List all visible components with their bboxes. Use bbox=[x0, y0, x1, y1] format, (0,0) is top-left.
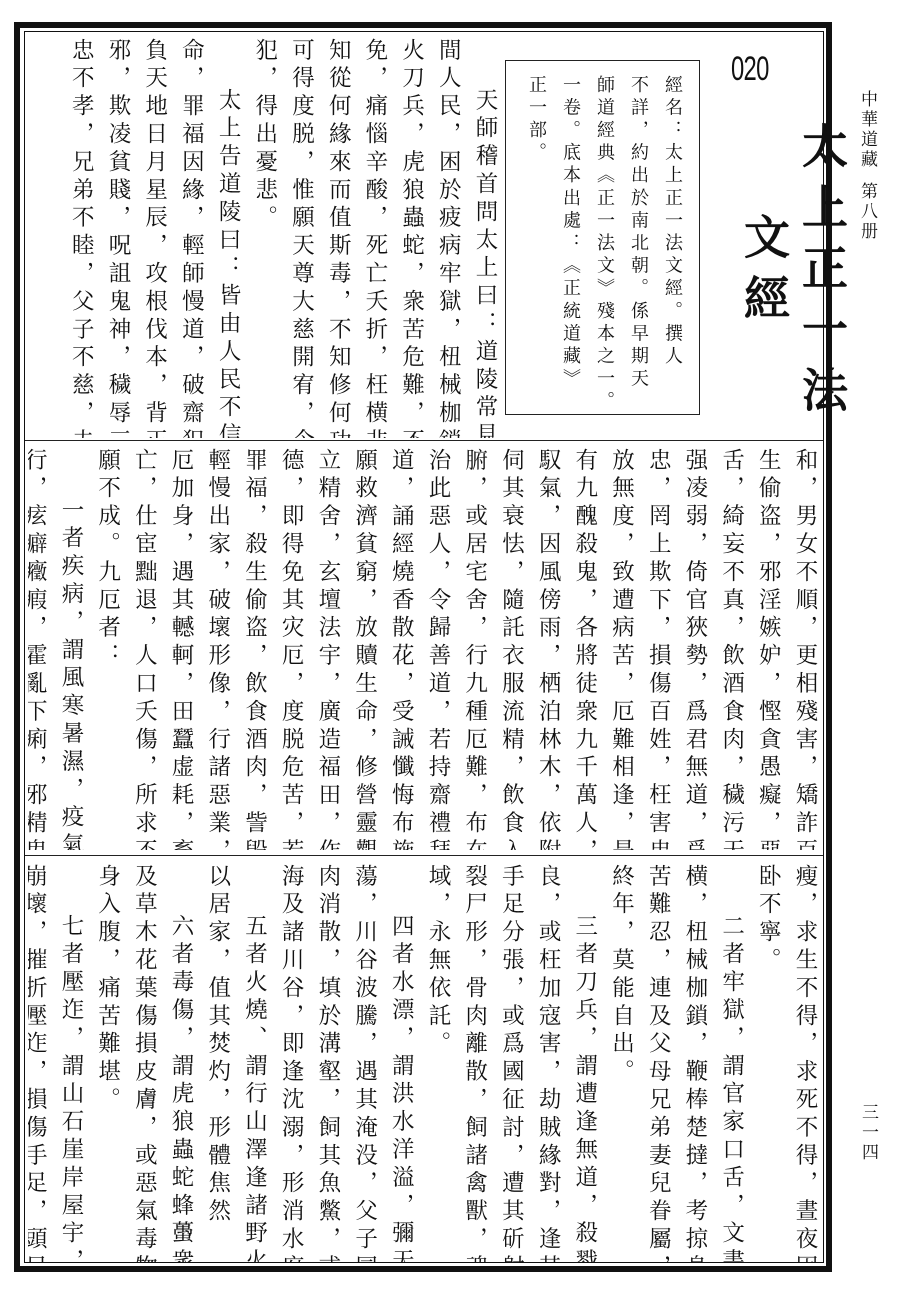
text-column: 願不成。九厄者： bbox=[89, 446, 126, 850]
text-column: 裂尸形，骨肉離散，飼諸禽獸，魂飛異 bbox=[456, 862, 493, 1262]
info-line: 經名：太上正一法文經。撰人 bbox=[655, 75, 689, 404]
text-column: 邪，欺凌貧賤，呪詛鬼神，穢辱三尊，不 bbox=[99, 36, 136, 438]
text-column: 免，痛惱辛酸，死亡夭折，枉横非一，不 bbox=[356, 36, 393, 438]
text-column: 可得度脱，惟願天尊大慈開宥，令知所 bbox=[283, 36, 320, 438]
text-column: 生偷盗，邪淫嫉妒，慳貪愚癡，惡口兩 bbox=[750, 446, 787, 850]
text-column: 間人民，困於疲病牢獄，杻械枷鎖，水 bbox=[430, 36, 467, 438]
text-column: 終年，莫能自出。 bbox=[603, 862, 640, 1262]
text-column: 五者火燒、謂行山澤逢諸野火，及 bbox=[236, 862, 273, 1262]
text-column: 一者疾病，謂風寒暑濕，疫氣瘟 bbox=[52, 446, 89, 850]
scripture-title: 太上正一法文經 bbox=[735, 110, 851, 438]
text-band-middle: 和，男女不順，更相殘害，矯詐百端，殺生偷盗，邪淫嫉妒，慳貪愚癡，惡口兩舌，綺妄不… bbox=[28, 446, 823, 850]
text-column: 行，痃癖癥瘕，霍亂下痢，邪精鬼疰，一 bbox=[28, 446, 52, 850]
text-column: 知從何緣來而值斯毒，不知修何功德 bbox=[319, 36, 356, 438]
text-column: 良，或枉加寇害，劫賊緣對，逢其斷割， bbox=[529, 862, 566, 1262]
text-column: 腑，或居宅舍，行九種厄難，布在世間， bbox=[456, 446, 493, 850]
text-column: 横，杻械枷鎖，鞭棒楚撻，考掠身形，痛 bbox=[676, 862, 713, 1262]
text-column: 手足分張，或爲國征討，遭其斫射，破 bbox=[493, 862, 530, 1262]
text-column: 蕩，川谷波騰，遇其淹没，父子同淪，骨 bbox=[346, 862, 383, 1262]
text-column: 輕慢出家，破壞形像，行諸惡業，則衆 bbox=[199, 446, 236, 850]
text-column: 肉消散，填於溝壑，飼其魚鱉，或行江 bbox=[309, 862, 346, 1262]
info-line: 不詳，約出於南北朝。係早期天 bbox=[621, 75, 655, 404]
text-column: 崩壞，摧折壓迮，損傷手足，頭目痛楚 bbox=[28, 862, 52, 1262]
text-column: 馭氣，因風傍雨，栖泊林木，依附人家， bbox=[529, 446, 566, 850]
bibliographic-info-box: 經名：太上正一法文經。撰人 不詳，約出於南北朝。係早期天 師道經典《正一法文》殘… bbox=[505, 60, 700, 415]
margin-header: 中華道藏第八册 bbox=[855, 90, 880, 242]
text-column: 六者毒傷，謂虎狼蟲蛇蜂蠆衆毒， bbox=[162, 862, 199, 1262]
text-column: 火刀兵，虎狼蟲蛇，衆苦危難，不能自 bbox=[393, 36, 430, 438]
text-column: 卧不寧。 bbox=[750, 862, 787, 1262]
info-line: 正一部。 bbox=[519, 75, 553, 404]
text-column: 苦難忍，連及父母兄弟妻兒眷屬，累歲 bbox=[639, 862, 676, 1262]
text-column: 瘦，求生不得，求死不得，晝夜困楚，坐 bbox=[786, 862, 823, 1262]
series-title: 中華道藏 bbox=[857, 90, 877, 170]
text-column: 亡，仕宦黜退，人口夭傷，所求不利，所 bbox=[126, 446, 163, 850]
text-column: 及草木花葉傷損皮膚，或惡氣毒物中 bbox=[126, 862, 163, 1262]
text-band-top: 天師稽首問太上曰：道陵常見世間人民，困於疲病牢獄，杻械枷鎖，水火刀兵，虎狼蟲蛇，… bbox=[28, 36, 503, 438]
text-column: 道，誦經燒香散花，受誡懺悔布施，發 bbox=[383, 446, 420, 850]
text-column: 負天地日月星辰，攻根伐本，背正入 bbox=[136, 36, 173, 438]
text-column: 以居家，值其焚灼，形體焦然 bbox=[199, 862, 236, 1262]
text-column: 犯，得出憂悲。 bbox=[246, 36, 283, 438]
text-column: 厄加身，遇其轗軻，田蠶虚耗，畜養死 bbox=[162, 446, 199, 850]
scripture-number: 020 bbox=[731, 50, 769, 89]
text-column: 立精舍，玄壇法宇，廣造福田，作諸功 bbox=[309, 446, 346, 850]
text-column: 忠，罔上欺下，損傷百姓，枉害忠良，縱 bbox=[639, 446, 676, 850]
volume-label: 第八册 bbox=[857, 182, 877, 242]
page-number: 三一四 bbox=[856, 1103, 881, 1163]
text-column: 二者牢獄，謂官家口舌，文書枉 bbox=[713, 862, 750, 1262]
text-column: 身入腹，痛苦難堪。 bbox=[89, 862, 126, 1262]
text-column: 舌，綺妄不真，飲酒食肉，穢污天真，恃 bbox=[713, 446, 750, 850]
text-column: 强凌弱，倚官狹勢，爲君無道，爲臣不 bbox=[676, 446, 713, 850]
text-column: 罪福，殺生偷盗，飲食酒肉，訾毁三寶， bbox=[236, 446, 273, 850]
band-divider-top bbox=[25, 440, 823, 441]
scripture-title-block: 020 太上正一法文經 bbox=[707, 36, 823, 438]
info-line: 師道經典《正一法文》殘本之一。 bbox=[587, 75, 621, 404]
text-column: 願救濟貧窮，放贖生命，修營靈觀，建 bbox=[346, 446, 383, 850]
text-column: 和，男女不順，更相殘害，矯詐百端，殺 bbox=[786, 446, 823, 850]
text-band-bottom: 瘦，求生不得，求死不得，晝夜困楚，坐卧不寧。二者牢獄，謂官家口舌，文書枉横，杻械… bbox=[28, 862, 823, 1262]
info-line: 一卷。底本出處：《正統道藏》 bbox=[553, 75, 587, 404]
text-column: 太上告道陵曰：皆由人民不信宿 bbox=[209, 36, 246, 438]
text-column: 四者水漂，謂洪水洋溢，彌天流 bbox=[383, 862, 420, 1262]
text-column: 忠不孝，兄弟不睦，父子不慈，夫婦不 bbox=[63, 36, 100, 438]
text-column: 域，永無依託。 bbox=[419, 862, 456, 1262]
text-column: 海及諸川谷，即逢沈溺，形消水府。 bbox=[272, 862, 309, 1262]
text-column: 有九醜殺鬼，各將徒衆九千萬人，乘雲 bbox=[566, 446, 603, 850]
text-column: 七者壓迮，謂山石崖岸屋宇，瓦木 bbox=[52, 862, 89, 1262]
text-column: 放無度，致遭病苦，厄難相逢，是故天 bbox=[603, 446, 640, 850]
text-column: 命，罪福因緣，輕師慢道，破齋犯戒，違 bbox=[173, 36, 210, 438]
text-column: 伺其衰怯，隨託衣服流精，飲食入人臟 bbox=[493, 446, 530, 850]
text-column: 三者刀兵，謂遭逢無道，殺戮賢 bbox=[566, 862, 603, 1262]
band-divider-bottom bbox=[25, 855, 823, 856]
text-column: 天師稽首問太上曰：道陵常見世 bbox=[466, 36, 503, 438]
text-column: 德，即得免其灾厄，度脱危苦，若不信 bbox=[272, 446, 309, 850]
text-column: 治此惡人，令歸善道，若持齋禮拜行 bbox=[419, 446, 456, 850]
